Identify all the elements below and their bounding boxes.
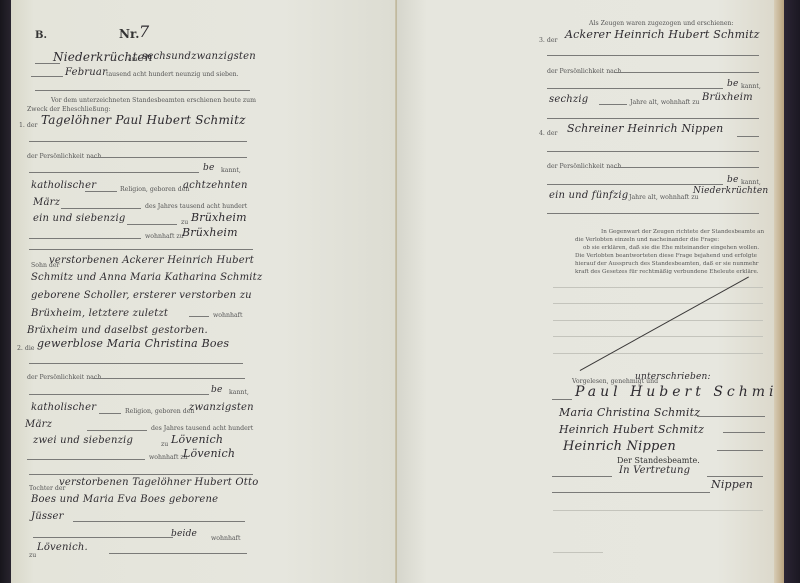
ceremony-line-3: ob sie erklären, daß sie die Ehe miteina… (583, 245, 759, 251)
witness3-known-print: kannt, (741, 83, 761, 90)
witness3-age-print: Jahre alt, wohnhaft zu (630, 99, 699, 106)
year-print: tausend acht hundert neunzig und sieben. (106, 71, 239, 78)
signature-bride: Maria Christina Schmitz (559, 406, 700, 419)
witness3-num: 3. der (539, 37, 557, 44)
bride-birth-day: zwanzigsten (189, 402, 254, 413)
ceremony-line-5: hierauf der Ausspruch des Standesbeamten… (575, 261, 758, 267)
month-hand: Februar (65, 67, 107, 78)
groom-birth-year-hand: ein und siebenzig (33, 213, 125, 224)
witness4-age: ein und fünfzig (549, 190, 628, 201)
bride-religion-hand: katholischer (31, 402, 96, 413)
intro-line-1: Vor dem unterzeichneten Standesbeamten e… (51, 97, 256, 104)
bride-parents-resid-place: Lövenich. (37, 542, 88, 553)
bride-parents-line-3: Jüsser (31, 511, 64, 522)
bride-religion-print: Religion, geboren den (125, 408, 194, 415)
groom-residence-print: wohnhaft zu (145, 233, 184, 240)
bride-parents-resid-print: wohnhaft (211, 535, 240, 542)
groom-parents-line-4: Brüxheim, letztere zuletzt (31, 308, 168, 319)
groom-birth-month: März (33, 197, 60, 208)
bride-parents-line-2: Boes und Maria Eva Boes geborene (31, 494, 218, 505)
bride-birth-year-print: des Jahres tausend acht hundert (151, 425, 253, 432)
ceremony-line-6: kraft des Gesetzes für rechtmäßig verbun… (575, 269, 759, 275)
witness4-known-hand: be (727, 175, 739, 185)
bride-parents-line-1: verstorbenen Tagelöhner Hubert Otto (59, 477, 258, 488)
groom-name: Tagelöhner Paul Hubert Schmitz (41, 113, 246, 127)
signature-witness4: Heinrich Nippen (563, 439, 676, 454)
witness3-known-hand: be (727, 79, 739, 89)
cancellation-stroke (580, 277, 749, 372)
right-page: Als Zeugen waren zugezogen und erschiene… (397, 0, 774, 583)
ceremony-line-4: Die Verlobten beantworteten diese Frage … (575, 253, 757, 259)
groom-parents-resid-hand: Brüxheim und daselbst gestorben. (27, 325, 208, 336)
left-page: B. Nr. 7 Niederkrüchten am sechsundzwanz… (11, 0, 397, 583)
bride-residence-hand: Lövenich (183, 447, 235, 460)
witness-intro: Als Zeugen waren zugezogen und erschiene… (589, 20, 734, 27)
groom-religion-hand: katholischer (31, 180, 96, 191)
witness4-known-print: kannt, (741, 179, 761, 186)
bride-birth-place-print: zu (161, 441, 168, 448)
day-hand: sechsundzwanzigsten (142, 51, 256, 62)
ceremony-line-1: In Gegenwart der Zeugen richtete der Sta… (601, 229, 764, 235)
groom-parents-line-1: verstorbenen Ackerer Heinrich Hubert (49, 255, 254, 266)
signature-witness3: Heinrich Hubert Schmitz (559, 423, 704, 436)
intro-line-2: Zweck der Eheschließung: (27, 106, 111, 113)
groom-residence-hand: Brüxheim (182, 226, 238, 239)
bride-known-print: kannt, (229, 389, 249, 396)
ceremony-line-2: die Verlobten einzeln und nacheinander d… (575, 237, 719, 243)
groom-num: 1. der (19, 122, 37, 129)
groom-birth-day: achtzehnten (183, 180, 248, 191)
register-letter: B. (35, 30, 47, 41)
witness3-identity-label: der Persönlichkeit nach (547, 68, 621, 75)
signing-hand: unterschrieben: (635, 372, 711, 382)
bride-known-hand: be (211, 385, 223, 395)
bride-name: gewerblose Maria Christina Boes (37, 337, 229, 350)
groom-birth-place-print: zu (181, 219, 188, 226)
entry-number: 7 (139, 22, 149, 41)
bride-num: 2. die (17, 345, 34, 352)
groom-known-print: kannt, (221, 167, 241, 174)
witness3-age: sechzig (549, 94, 588, 105)
groom-parents-resid-print: wohnhaft (213, 312, 242, 319)
groom-birth-year-print: des Jahres tausend acht hundert (145, 203, 247, 210)
signature-groom: Paul Hubert Schmitz (575, 384, 799, 400)
register-book: B. Nr. 7 Niederkrüchten am sechsundzwanz… (0, 0, 800, 583)
date-prefix: am (128, 56, 138, 63)
witness4-age-print: Jahre alt, wohnhaft zu (629, 194, 698, 201)
witness3-residence: Brüxheim (702, 92, 753, 103)
groom-birth-place-hand: Brüxheim (191, 211, 247, 224)
witness4-num: 4. der (539, 130, 557, 137)
entry-number-label: Nr. (119, 27, 139, 41)
witness3-name: Ackerer Heinrich Hubert Schmitz (565, 28, 760, 41)
bride-residence-print: wohnhaft zu (149, 454, 188, 461)
bride-birth-place-hand: Lövenich (171, 433, 223, 446)
registrar-hand-2: Nippen (711, 478, 753, 491)
right-cover-edge (784, 0, 800, 583)
witness4-identity-label: der Persönlichkeit nach (547, 163, 621, 170)
groom-known-hand: be (203, 163, 215, 173)
witness4-name: Schreiner Heinrich Nippen (567, 122, 723, 135)
bride-parents-resid-hand: beide (171, 529, 197, 539)
groom-parents-line-2: Schmitz und Anna Maria Katharina Schmitz (31, 272, 262, 283)
witness4-residence: Niederkrüchten (693, 186, 768, 196)
registrar-hand-1: In Vertretung (619, 465, 690, 476)
page-fore-edge (774, 0, 784, 583)
groom-parents-line-3: geborene Scholler, ersterer verstorben z… (31, 290, 252, 301)
bride-birth-year-hand: zwei und siebenzig (33, 435, 133, 446)
registrar-label: Der Standesbeamte. (617, 456, 700, 465)
groom-religion-print: Religion, geboren den (120, 186, 189, 193)
bride-parents-resid-prefix: zu (29, 552, 36, 559)
bride-identity-label: der Persönlichkeit nach (27, 374, 101, 381)
bride-birth-month: März (25, 419, 52, 430)
